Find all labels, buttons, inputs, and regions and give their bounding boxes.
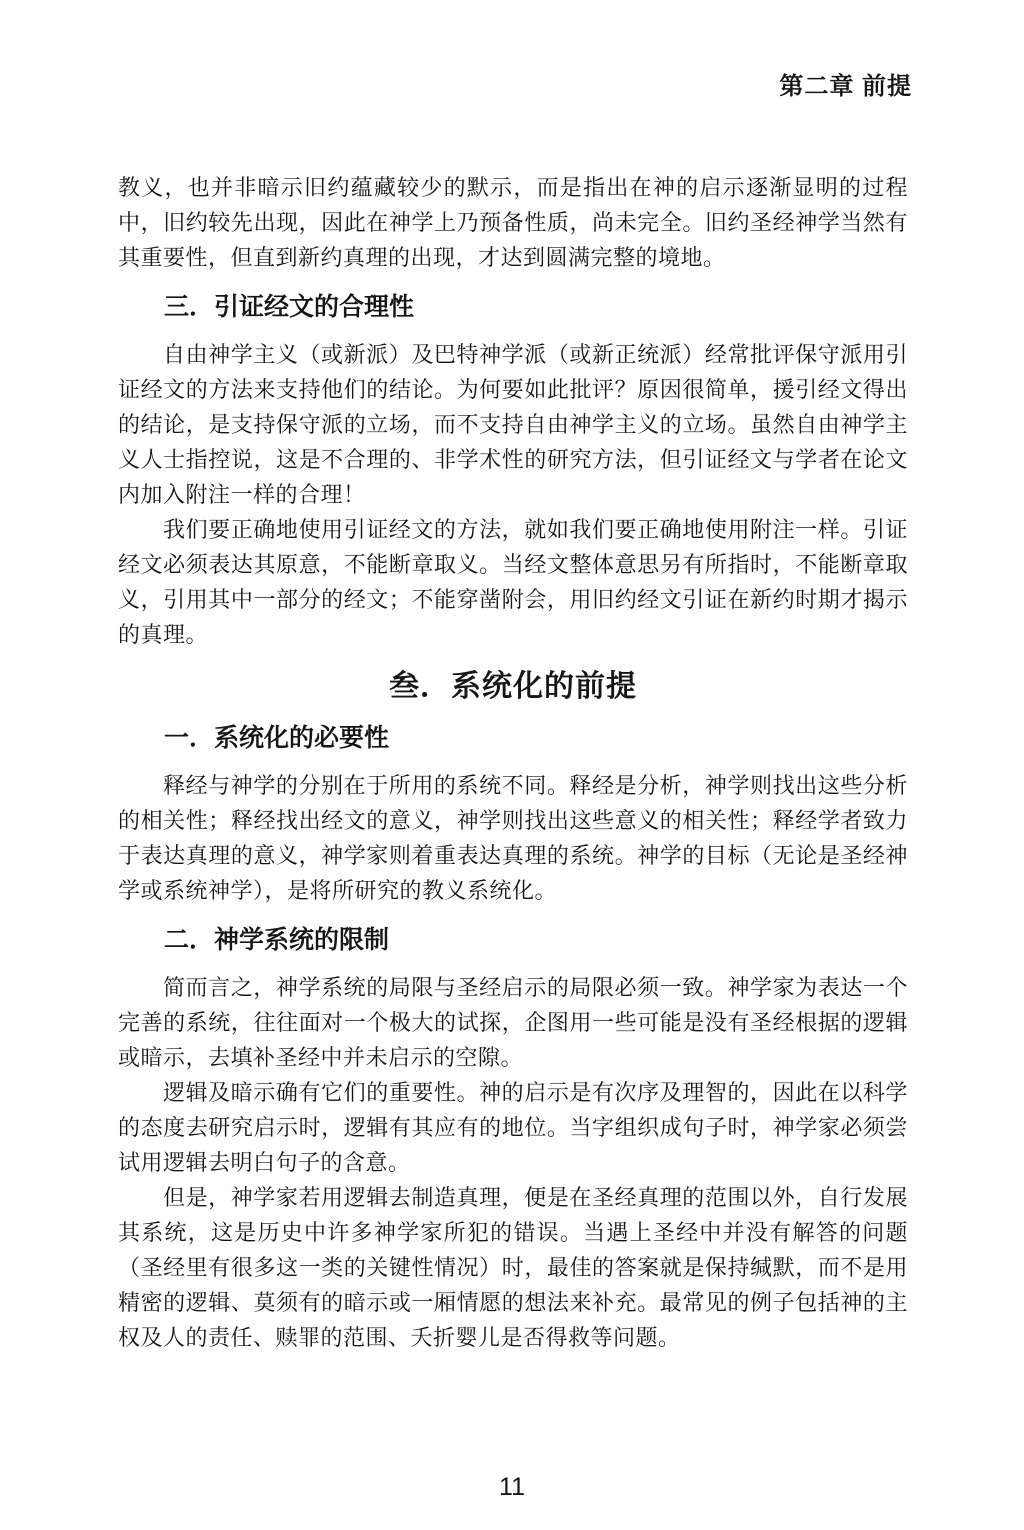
section-heading-citation: 三．引证经文的合理性 [118,291,908,323]
necessity-paragraph-1: 释经与神学的分别在于所用的系统不同。释经是分析，神学则找出这些分析的相关性；释经… [118,768,908,908]
section-heading-limits: 二．神学系统的限制 [118,924,908,956]
page-number: 11 [0,1473,1024,1502]
chapter-heading: 叁．系统化的前提 [118,668,908,706]
limits-paragraph-2: 逻辑及暗示确有它们的重要性。神的启示是有次序及理智的，因此在以科学的态度去研究启… [118,1075,908,1180]
book-page: 第二章 前提 教义，也并非暗示旧约蕴藏较少的默示，而是指出在神的启示逐渐显明的过… [0,0,1024,1530]
limits-paragraph-3: 但是，神学家若用逻辑去制造真理，便是在圣经真理的范围以外，自行发展其系统，这是历… [118,1180,908,1355]
page-body: 教义，也并非暗示旧约蕴藏较少的默示，而是指出在神的启示逐渐显明的过程中，旧约较先… [118,170,908,1355]
limits-paragraph-1: 简而言之，神学系统的局限与圣经启示的局限必须一致。神学家为表达一个完善的系统，往… [118,970,908,1075]
running-header: 第二章 前提 [779,66,912,101]
citation-paragraph-1: 自由神学主义（或新派）及巴特神学派（或新正统派）经常批评保守派用引证经文的方法来… [118,337,908,512]
citation-paragraph-2: 我们要正确地使用引证经文的方法，就如我们要正确地使用附注一样。引证经文必须表达其… [118,512,908,652]
section-heading-necessity: 一．系统化的必要性 [118,722,908,754]
intro-paragraph: 教义，也并非暗示旧约蕴藏较少的默示，而是指出在神的启示逐渐显明的过程中，旧约较先… [118,170,908,275]
